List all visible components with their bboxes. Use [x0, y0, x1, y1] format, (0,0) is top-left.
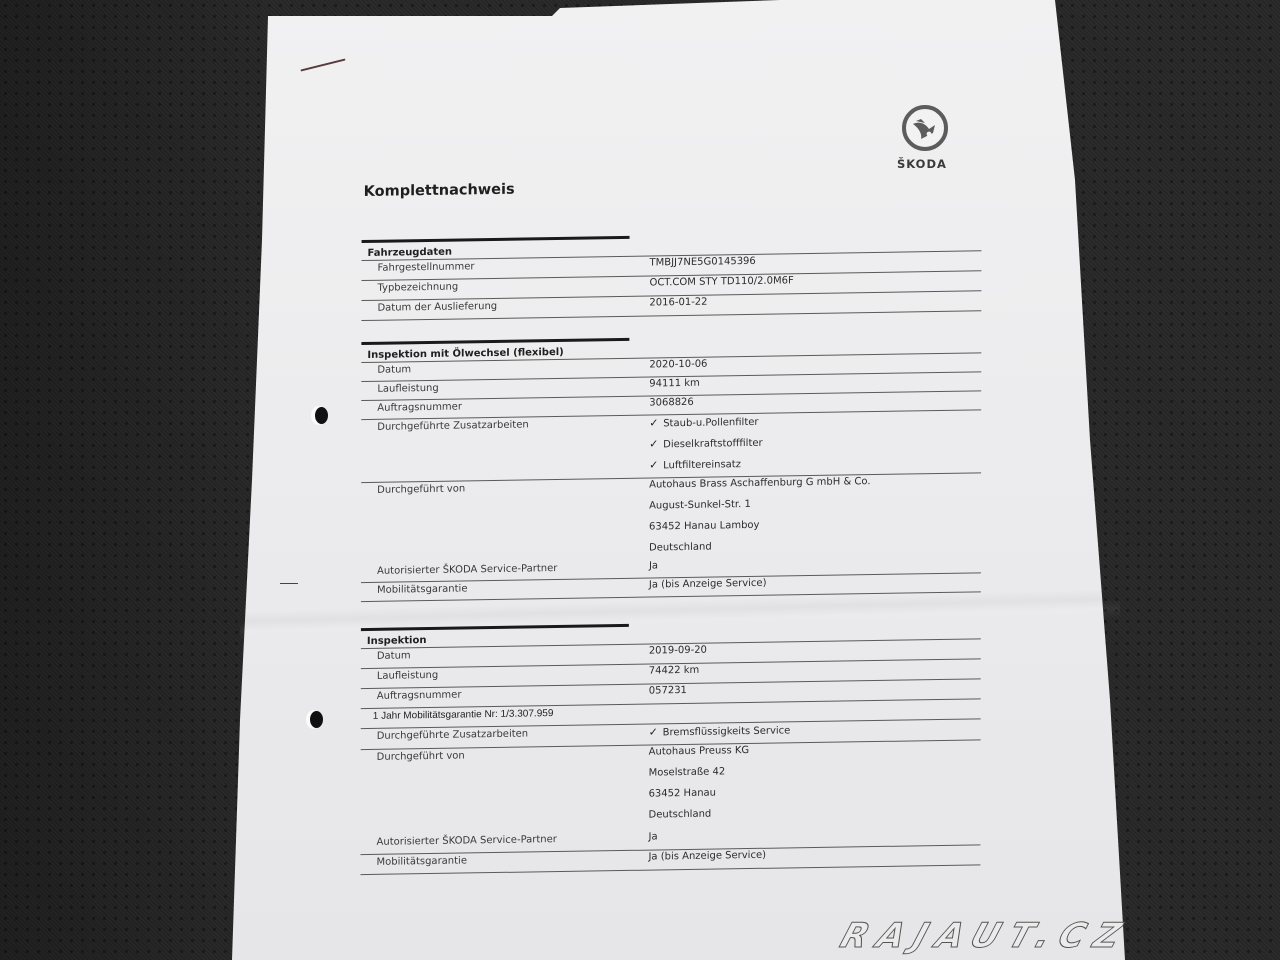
row-label: Mobilitätsgarantie — [376, 855, 467, 867]
row-value: Ja (bis Anzeige Service) — [649, 578, 767, 591]
document-title: Komplettnachweis — [364, 182, 515, 200]
row-label: Mobilitätsgarantie — [377, 583, 468, 595]
check-icon: ✓ — [649, 416, 663, 429]
row-value: 94111 km — [649, 378, 700, 390]
watermark: RAJAUT.CZ — [836, 916, 1136, 956]
row-value: TMBJJ7NE5G0145396 — [649, 256, 755, 269]
list-item: ✓Staub-u.Pollenfilter — [649, 415, 762, 438]
row-value: 3068826 — [649, 397, 694, 409]
extra-work-list: ✓Staub-u.Pollenfilter ✓Dieselkraftstofff… — [649, 415, 763, 480]
row-value: 2016-01-22 — [649, 297, 707, 309]
row-value: 2019-09-20 — [649, 645, 707, 657]
row-label: Typbezeichnung — [377, 282, 458, 294]
service-record-document: Komplettnachweis Fahrzeugdaten Fahrgeste… — [360, 0, 1022, 960]
section-divider — [361, 338, 629, 345]
row-label: Durchgeführt von — [377, 750, 465, 762]
performed-by-row: Durchgeführt von Autohaus Preuss KG Mose… — [361, 740, 981, 834]
performed-by-row: Durchgeführt von Autohaus Brass Aschaffe… — [361, 473, 981, 563]
section-inspection: Inspektion Datum 2019-09-20 Laufleistung… — [361, 618, 981, 628]
row-label: Autorisierter ŠKODA Service-Partner — [377, 834, 557, 848]
row-value: Ja — [649, 560, 658, 571]
check-icon: ✓ — [649, 458, 663, 471]
section-oil-change-inspection: Inspektion mit Ölwechsel (flexibel) Datu… — [361, 332, 981, 342]
list-item: ✓Bremsflüssigkeits Service — [649, 723, 791, 738]
dealer-address: Autohaus Preuss KG Moselstraße 42 63452 … — [649, 745, 750, 831]
mobility-guarantee-note: 1 Jahr Mobilitätsgarantie Nr: 1/3.307.95… — [373, 708, 554, 722]
dealer-address: Autohaus Brass Aschaffenburg G mbH & Co.… — [649, 476, 871, 563]
row-value: Ja (bis Anzeige Service) — [648, 850, 766, 863]
row-label: Auftragsnummer — [377, 401, 462, 413]
row-label: Auftragsnummer — [377, 690, 462, 702]
punch-hole-icon — [315, 407, 328, 424]
check-icon: ✓ — [649, 437, 663, 450]
row-value: Ja — [648, 831, 657, 842]
section-divider — [362, 236, 630, 243]
section-divider — [361, 624, 629, 631]
row-label: Laufleistung — [377, 670, 438, 682]
row-value: 2020-10-06 — [649, 359, 707, 371]
section-vehicle-data: Fahrzeugdaten Fahrgestellnummer TMBJJ7NE… — [362, 230, 982, 240]
row-label: Autorisierter ŠKODA Service-Partner — [377, 563, 557, 577]
row-value: 057231 — [649, 685, 687, 697]
row-label: Datum — [377, 650, 411, 662]
check-icon: ✓ — [649, 725, 663, 738]
row-label: Fahrgestellnummer — [378, 261, 475, 274]
row-label: Datum — [377, 364, 411, 376]
row-label: Durchgeführt von — [377, 483, 465, 495]
row-value: OCT.COM STY TD110/2.0M6F — [649, 275, 793, 288]
row-label: Durchgeführte Zusatzarbeiten — [377, 728, 528, 741]
fold-mark — [280, 583, 298, 584]
row-label: Laufleistung — [377, 383, 438, 395]
list-item: ✓Dieselkraftstofffilter — [649, 436, 762, 459]
row-label: Datum der Auslieferung — [377, 301, 497, 314]
row-label: Durchgeführte Zusatzarbeiten — [377, 419, 528, 432]
extra-work-row: Durchgeführte Zusatzarbeiten ✓Staub-u.Po… — [361, 410, 981, 483]
punch-hole-icon — [310, 711, 323, 728]
row-value: 74422 km — [649, 665, 700, 677]
